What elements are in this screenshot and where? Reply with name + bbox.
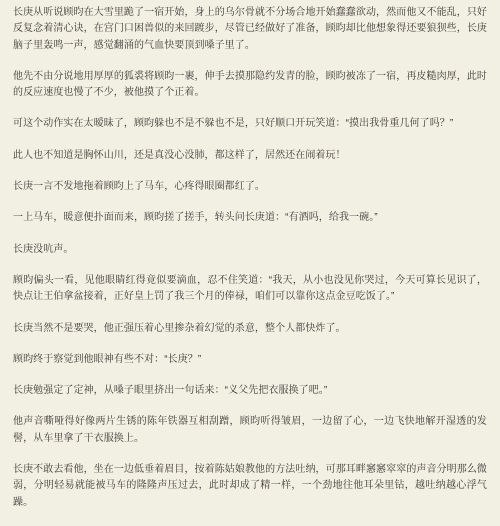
- novel-paragraph: 顾昀偏头一看，见他眼睛红得竟似要滴血，忍不住笑道：“我天，从小也没见你哭过，今天…: [13, 273, 487, 306]
- novel-paragraph: 顾昀终于察觉到他眼神有些不对：“长庚？”: [13, 352, 487, 368]
- novel-paragraph: 他声音嘶哑得好像两片生锈的陈年铁器互相刮蹭，顾昀听得皱眉，一边留了心，一边飞快地…: [13, 414, 487, 447]
- novel-paragraph: 长庚勉强定了定神，从嗓子眼里挤出一句话来：“义父先把衣服换了吧。”: [13, 383, 487, 399]
- novel-paragraph: 一上马车，暖意便扑面而来，顾昀搓了搓手，转头问长庚道：“有酒吗，给我一碗。”: [13, 210, 487, 226]
- novel-paragraph: 可这个动作实在太暧昧了，顾昀躲也不是不躲也不是，只好顺口开玩笑道：“摸出我骨重几…: [13, 116, 487, 132]
- novel-paragraph: 长庚当然不是要哭，他正强压着心里掺杂着幻觉的杀意，整个人都快炸了。: [13, 321, 487, 337]
- novel-paragraph: 长庚一言不发地拖着顾昀上了马车，心疼得眼圈都红了。: [13, 179, 487, 195]
- novel-paragraph: 此人也不知道是胸怀山川，还是真没心没肺，都这样了，居然还在闹着玩！: [13, 148, 487, 164]
- novel-reader-page: 长庚从听说顾昀在大雪里跪了一宿开始，身上的乌尔骨就不分场合地开始蠢蠢欲动，然而他…: [0, 0, 500, 526]
- novel-paragraph: 长庚没吭声。: [13, 242, 487, 258]
- novel-paragraph: 长庚从听说顾昀在大雪里跪了一宿开始，身上的乌尔骨就不分场合地开始蠢蠢欲动，然而他…: [13, 5, 487, 54]
- novel-paragraph: 他先不由分说地用厚厚的狐裘将顾昀一裹，伸手去摸那隐约发青的脸，顾昀被冻了一宿，再…: [13, 69, 487, 102]
- novel-paragraph: 长庚不敢去看他，坐在一边低垂着眉目，按着陈姑娘教他的方法吐纳，可那耳畔窸窸窣窣的…: [13, 462, 487, 511]
